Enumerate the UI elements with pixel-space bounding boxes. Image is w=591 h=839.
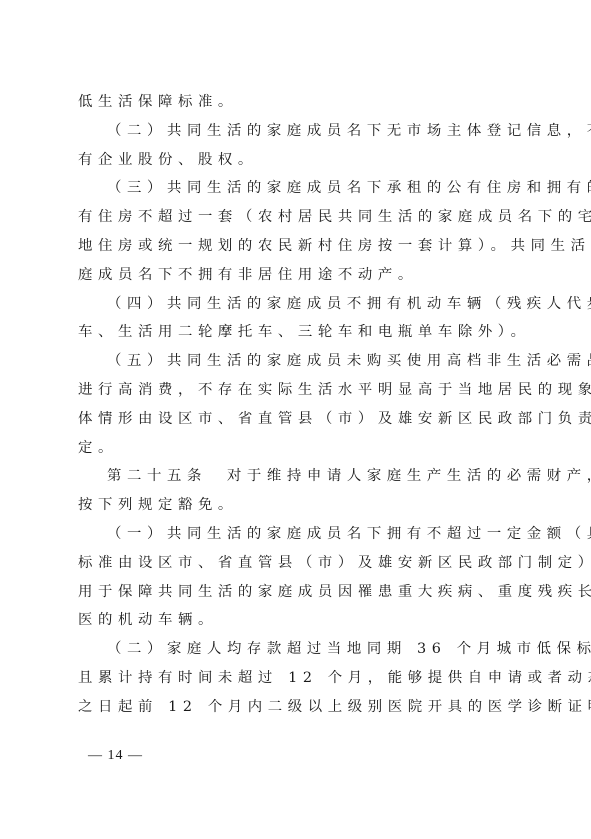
text-line: 车、生活用二轮摩托车、三轮车和电瓶单车除外）。 <box>78 318 516 347</box>
text-line: 有住房不超过一套（农村居民共同生活的家庭成员名下的宅基 <box>78 203 516 232</box>
document-page: 低生活保障标准。 （二）共同生活的家庭成员名下无市场主体登记信息，不拥 有企业股… <box>0 0 591 839</box>
text-line: 医的机动车辆。 <box>78 606 516 635</box>
text-line: （五）共同生活的家庭成员未购买使用高档非生活必需品或 <box>78 347 516 376</box>
body-text: 低生活保障标准。 （二）共同生活的家庭成员名下无市场主体登记信息，不拥 有企业股… <box>78 88 516 722</box>
text-line: 进行高消费，不存在实际生活水平明显高于当地居民的现象。具 <box>78 376 516 405</box>
text-line: 体情形由设区市、省直管县（市）及雄安新区民政部门负责制 <box>78 405 516 434</box>
text-line: （四）共同生活的家庭成员不拥有机动车辆（残疾人代步 <box>78 290 516 319</box>
text-line: （一）共同生活的家庭成员名下拥有不超过一定金额（具体 <box>78 520 516 549</box>
text-line: 用于保障共同生活的家庭成员因罹患重大疾病、重度残疾长期就 <box>78 578 516 607</box>
text-line: （二）共同生活的家庭成员名下无市场主体登记信息，不拥 <box>78 117 516 146</box>
text-line: 标准由设区市、省直管县（市）及雄安新区民政部门制定），且 <box>78 549 516 578</box>
text-line: 定。 <box>78 434 516 463</box>
text-line: 按下列规定豁免。 <box>78 491 516 520</box>
text-line: 地住房或统一规划的农民新村住房按一套计算）。共同生活的家 <box>78 232 516 261</box>
text-line: （三）共同生活的家庭成员名下承租的公有住房和拥有的私 <box>78 174 516 203</box>
text-line: 低生活保障标准。 <box>78 88 516 117</box>
text-line: （二）家庭人均存款超过当地同期 36 个月城市低保标准， <box>78 635 516 664</box>
text-line: 庭成员名下不拥有非居住用途不动产。 <box>78 261 516 290</box>
text-line: 有企业股份、股权。 <box>78 146 516 175</box>
text-line: 之日起前 12 个月内二级以上级别医院开具的医学诊断证明书、 <box>78 693 516 722</box>
article-heading-line: 第二十五条 对于维持申请人家庭生产生活的必需财产，可 <box>78 462 516 491</box>
page-number: — 14 — <box>88 748 143 764</box>
text-line: 且累计持有时间未超过 12 个月，能够提供自申请或者动态管理 <box>78 664 516 693</box>
